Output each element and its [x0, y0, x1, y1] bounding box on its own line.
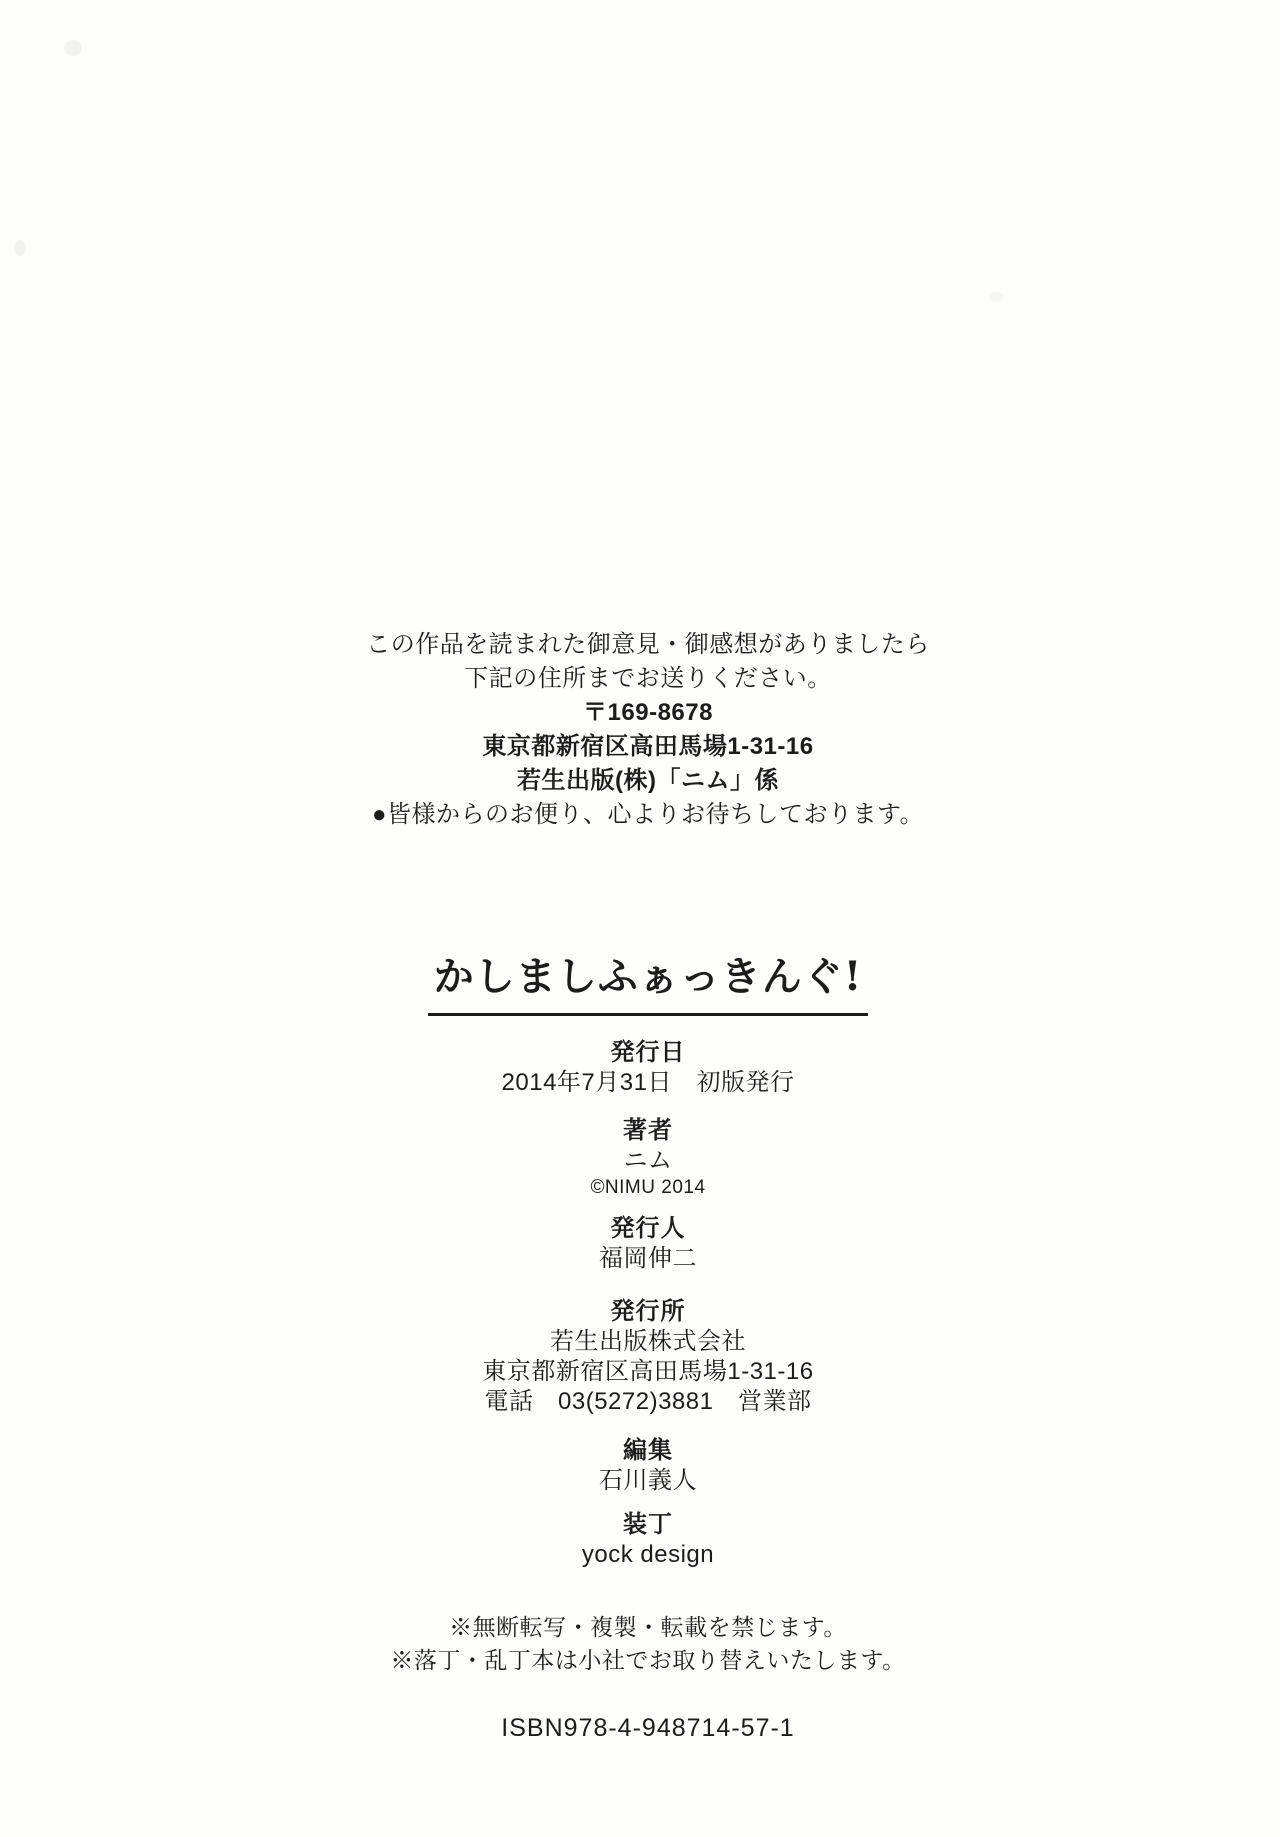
section-editor: 編集 石川義人: [0, 1436, 1280, 1496]
section-author: 著者 ニム ©NIMU 2014: [0, 1116, 1280, 1200]
section-label: 発行所: [16, 1297, 1280, 1327]
section-publication-date: 発行日 2014年7月31日 初版発行: [0, 1038, 1280, 1098]
feedback-line-1: この作品を読まれた御意見・御感想がありましたら: [16, 628, 1280, 662]
section-label: 発行人: [16, 1214, 1280, 1244]
publisher-address: 東京都新宿区高田馬場1-31-16: [16, 730, 1280, 764]
postal-code: 〒169-8678: [16, 696, 1280, 730]
section-label: 発行日: [16, 1038, 1280, 1068]
book-title-text: かしましふぁっきんぐ!: [428, 948, 869, 1016]
isbn-number: ISBN978-4-948714-57-1: [16, 1712, 1280, 1744]
title-band: かしましふぁっきんぐ!: [0, 948, 1280, 1016]
section-label: 装丁: [16, 1510, 1280, 1540]
mail-recipient: 若生出版(株)「ニム」係: [16, 764, 1280, 798]
scan-speck: [990, 292, 1004, 302]
copyright-note: ©NIMU 2014: [16, 1176, 1280, 1200]
feedback-line-2: 下記の住所までお送りください。: [16, 662, 1280, 696]
feedback-closing: ●皆様からのお便り、心よりお待ちしております。: [16, 798, 1280, 832]
author-name: ニム: [16, 1146, 1280, 1176]
editor-name: 石川義人: [16, 1466, 1280, 1496]
publishing-house-name: 若生出版株式会社: [16, 1327, 1280, 1357]
section-label: 編集: [16, 1436, 1280, 1466]
section-label: 著者: [16, 1116, 1280, 1146]
publisher-person-name: 福岡伸二: [16, 1244, 1280, 1274]
publishing-house-address: 東京都新宿区高田馬場1-31-16: [16, 1357, 1280, 1387]
section-publisher-person: 発行人 福岡伸二: [0, 1214, 1280, 1274]
scan-speck: [64, 40, 82, 56]
legal-notices: ※無断転写・複製・転載を禁じます。 ※落丁・乱丁本は小社でお取り替えいたします。: [0, 1612, 1280, 1678]
colophon-page: この作品を読まれた御意見・御感想がありましたら 下記の住所までお送りください。 …: [0, 0, 1280, 1837]
section-book-design: 装丁 yock design: [0, 1510, 1280, 1570]
page-title: かしましふぁっきんぐ!: [16, 948, 1280, 1016]
feedback-note: この作品を読まれた御意見・御感想がありましたら 下記の住所までお送りください。 …: [0, 628, 1280, 832]
notice-defective-copies: ※落丁・乱丁本は小社でお取り替えいたします。: [16, 1645, 1280, 1678]
designer-name: yock design: [16, 1540, 1280, 1570]
isbn-band: ISBN978-4-948714-57-1: [0, 1712, 1280, 1744]
scan-speck: [14, 240, 26, 256]
notice-no-reproduction: ※無断転写・複製・転載を禁じます。: [16, 1612, 1280, 1645]
publishing-house-phone: 電話 03(5272)3881 営業部: [16, 1387, 1280, 1417]
section-publishing-house: 発行所 若生出版株式会社 東京都新宿区高田馬場1-31-16 電話 03(527…: [0, 1297, 1280, 1417]
publication-date: 2014年7月31日 初版発行: [16, 1068, 1280, 1098]
